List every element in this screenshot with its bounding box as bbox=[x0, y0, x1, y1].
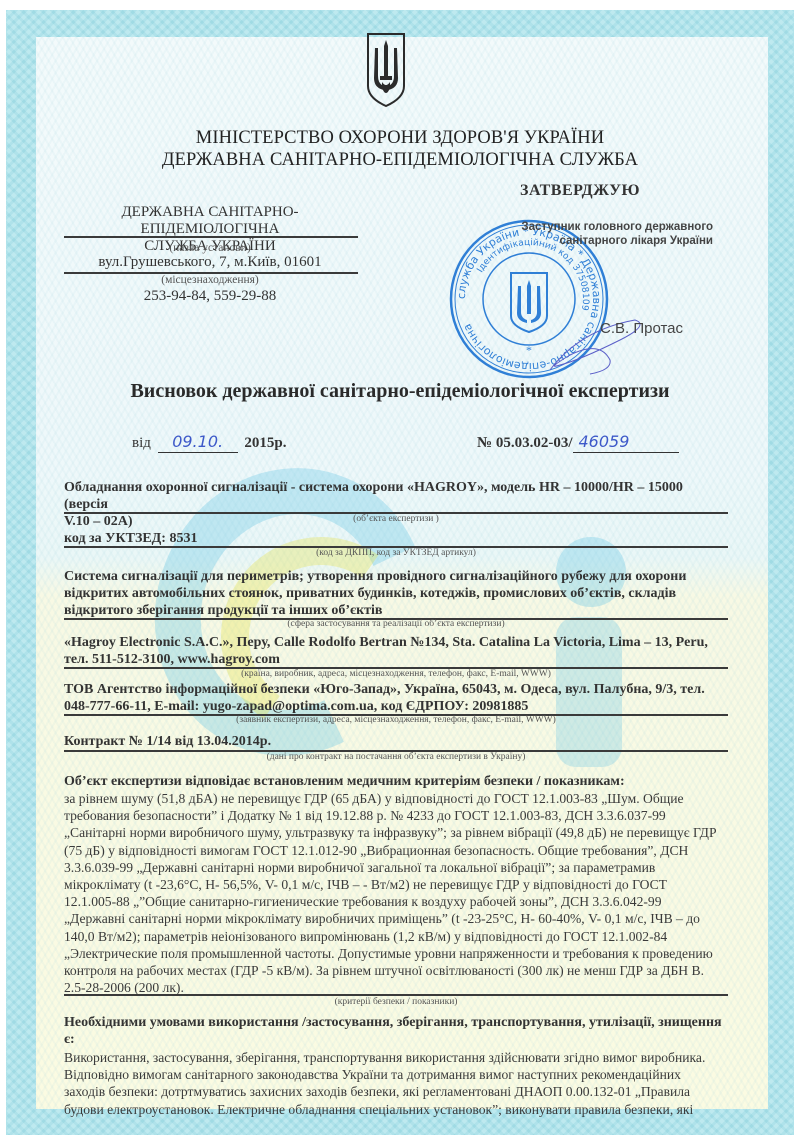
applicant-field: ТОВ Агентство інформаційної безпеки «Юго… bbox=[64, 681, 728, 715]
number-row: № 05.03.02-03/46059 bbox=[477, 432, 679, 453]
date-field: 09.10. bbox=[158, 432, 238, 453]
manufacturer-line2: тел. 511-512-3100, www.hagroy.com bbox=[64, 651, 728, 668]
conditions-heading-line2: є: bbox=[64, 1031, 728, 1048]
conditions-text: Використання, застосування, зберігання, … bbox=[64, 1049, 728, 1118]
criteria-line: „Электрические поля промышленной частоты… bbox=[64, 945, 728, 962]
applicant-line2: 048-777-66-11, E-mail: yugo-zapad@optima… bbox=[64, 698, 728, 715]
conditions-line: заходів безпеки: дотртмуватись захисних … bbox=[64, 1083, 728, 1100]
criteria-heading: Об’єкт експертизи відповідає встановлени… bbox=[64, 773, 728, 790]
institution-phones: 253-94-84, 559-29-88 bbox=[60, 288, 360, 305]
position-line2: санітарного лікаря України bbox=[503, 234, 713, 248]
criteria-section: Об’єкт експертизи відповідає встановлени… bbox=[64, 773, 728, 996]
institution-name-line1: ДЕРЖАВНА САНІТАРНО-ЕПІДЕМІОЛОГІЧНА bbox=[60, 204, 360, 238]
trident-coat-of-arms-icon bbox=[366, 32, 406, 108]
code-field: код за УКТЗЕД: 8531 bbox=[64, 530, 728, 547]
divider bbox=[64, 236, 358, 238]
date-prefix: від bbox=[132, 435, 151, 451]
object-caption: (об’єкта експертизи ) bbox=[64, 514, 728, 524]
criteria-line: мікроклімату (t -23,6°С, Н- 56,5%, V- 0,… bbox=[64, 876, 728, 893]
signature-scribble bbox=[540, 300, 650, 380]
address-caption: (місцезнаходження) bbox=[60, 274, 360, 286]
scope-line1: Система сигналізації для периметрів; утв… bbox=[64, 568, 728, 585]
applicant-caption: (заявник експертизи, адреса, місцезнаход… bbox=[64, 715, 728, 725]
service-name: ДЕРЖАВНА САНІТАРНО-ЕПІДЕМІОЛОГІЧНА СЛУЖБ… bbox=[0, 150, 800, 171]
scope-field: Система сигналізації для периметрів; утв… bbox=[64, 568, 728, 619]
criteria-line: требования безопасности” і Додатку № 1 в… bbox=[64, 807, 728, 824]
object-line1: Обладнання охоронної сигналізації - сист… bbox=[64, 479, 728, 513]
applicant-line1: ТОВ Агентство інформаційної безпеки «Юго… bbox=[64, 681, 728, 698]
date-row: від 09.10. 2015р. bbox=[132, 432, 286, 453]
institution-caption: (назва установи) bbox=[60, 242, 360, 254]
code-caption: (код за ДКПП, код за УКТЗЕД артикул) bbox=[64, 548, 728, 558]
criteria-line: „Санітарні норми виробничого шуму, ультр… bbox=[64, 824, 728, 841]
svg-text:*: * bbox=[526, 343, 532, 357]
conditions-section: Необхідними умовами використання /застос… bbox=[64, 1014, 728, 1118]
criteria-text: за рівнем шуму (51,8 дБА) не перевищує Г… bbox=[64, 790, 728, 996]
divider bbox=[64, 994, 728, 996]
conditions-line: будови електроустановок. Електричне обла… bbox=[64, 1101, 728, 1118]
criteria-line: (75 дБ) у відповідності вимогам ГОСТ 12.… bbox=[64, 842, 728, 859]
criteria-line: 3.3.6.039-99 „Державні санітарні норми в… bbox=[64, 859, 728, 876]
institution-address: вул.Грушевського, 7, м.Київ, 01601 bbox=[60, 254, 360, 271]
criteria-line: контроля на рабочих местах (ГДР -5 кВ/м)… bbox=[64, 962, 728, 979]
scope-line2: відкритих автомобільних стоянок, приватн… bbox=[64, 585, 728, 602]
manufacturer-caption: (країна, виробник, адреса, місцезнаходже… bbox=[64, 669, 728, 679]
date-year: 2015р. bbox=[244, 435, 286, 451]
manufacturer-field: «Hagroy Electronic S.A.C.», Перу, Calle … bbox=[64, 634, 728, 668]
criteria-line: за рівнем шуму (51,8 дБА) не перевищує Г… bbox=[64, 790, 728, 807]
ministry-name: МІНІСТЕРСТВО ОХОРОНИ ЗДОРОВ'Я УКРАЇНИ bbox=[0, 128, 800, 149]
conditions-line: Використання, застосування, зберігання, … bbox=[64, 1049, 728, 1066]
document-title: Висновок державної санітарно-епідеміолог… bbox=[0, 380, 800, 403]
contract-caption: (дані про контракт на постачання об’єкта… bbox=[64, 752, 728, 762]
scope-caption: (сфера застосування та реалізації об’єкт… bbox=[64, 619, 728, 629]
manufacturer-line1: «Hagroy Electronic S.A.C.», Перу, Calle … bbox=[64, 634, 728, 651]
contract-field: Контракт № 1/14 від 13.04.2014р. bbox=[64, 733, 728, 750]
conditions-line: Відповідно вимогам санітарного законодав… bbox=[64, 1066, 728, 1083]
conditions-heading-line1: Необхідними умовами використання /застос… bbox=[64, 1014, 728, 1031]
number-field: 46059 bbox=[573, 432, 679, 453]
date-handwritten: 09.10. bbox=[172, 432, 223, 451]
criteria-line: „Державні санітарні норми мікроклімату в… bbox=[64, 910, 728, 927]
number-handwritten: 46059 bbox=[579, 432, 630, 451]
scope-line3: відкритого зберігання продукції та інших… bbox=[64, 602, 728, 619]
criteria-line: 12.1.005-88 „”Общие санитарно-гигиеничес… bbox=[64, 893, 728, 910]
position-line1: Заступник головного державного bbox=[503, 220, 713, 234]
number-prefix: № 05.03.02-03/ bbox=[477, 435, 573, 451]
signer-position: Заступник головного державного санітарно… bbox=[503, 220, 713, 248]
signer-name: С.В. Протас bbox=[600, 320, 683, 337]
criteria-line: 140,0 Вт/м2); параметрів неіонізованого … bbox=[64, 928, 728, 945]
approve-label: ЗАТВЕРДЖУЮ bbox=[520, 182, 640, 200]
criteria-caption: (критерії безпеки / показники) bbox=[64, 997, 728, 1007]
